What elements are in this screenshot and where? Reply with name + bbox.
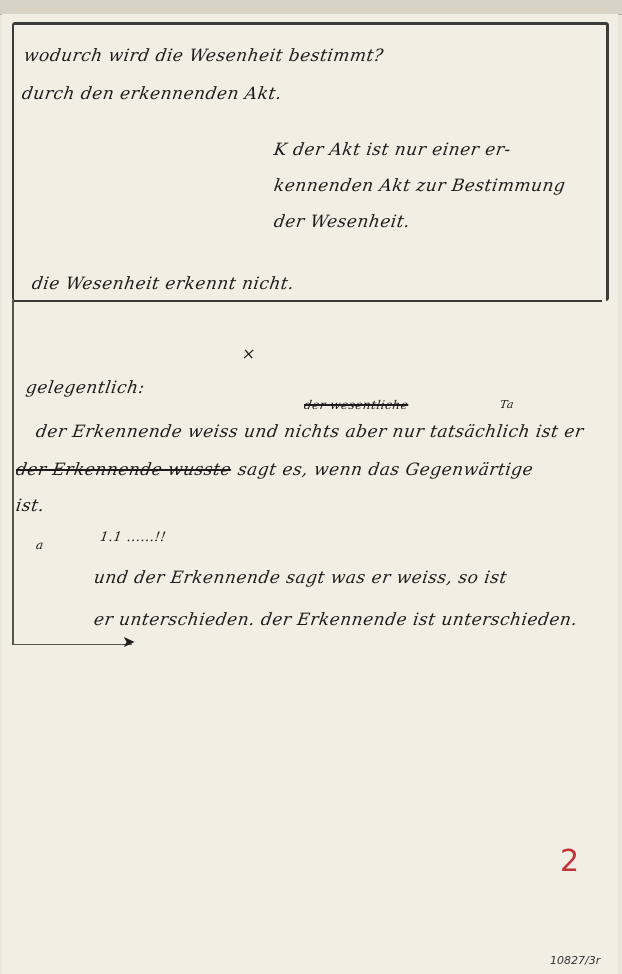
struck-line: der Erkennende wusste: [15, 460, 233, 480]
frame-line-6: die Wesenheit erkennt nicht.: [31, 274, 296, 294]
arrow-head-icon: ➤: [122, 632, 136, 651]
page-top-edge: [0, 0, 622, 15]
manuscript-page: wodurch wird die Wesenheit bestimmt? dur…: [2, 14, 618, 974]
frame-line-2: durch den erkennenden Akt.: [21, 84, 284, 104]
lower-line-4: und der Erkennende sagt was er weiss, so…: [93, 568, 509, 588]
frame-line-4: kennenden Akt zur Bestimmung: [273, 176, 567, 196]
frame-bottom-line: [12, 300, 602, 302]
lower-line-3: ist.: [15, 496, 46, 516]
insertion-dots: 1.1 ......!!: [99, 530, 167, 545]
frame-line-3: K der Akt ist nur einer er-: [273, 140, 512, 160]
margin-mark: a: [35, 538, 45, 552]
catalog-number: 10827/3r: [550, 954, 600, 967]
insertion-above: Ta: [499, 398, 515, 411]
left-bracket-line: [12, 300, 14, 644]
frame-line-5: der Wesenheit.: [273, 212, 412, 232]
struck-insertion: der wesentliche: [303, 398, 409, 412]
folio-number: 2: [560, 844, 580, 879]
arrow-line: [12, 644, 132, 645]
lower-line-5: er unterschieden. der Erkennende ist unt…: [93, 610, 579, 630]
lower-line-2: sagt es, wenn das Gegenwärtige: [237, 460, 535, 480]
frame-line-1: wodurch wird die Wesenheit bestimmt?: [23, 46, 385, 66]
lower-line-1: der Erkennende weiss und nichts aber nur…: [35, 422, 585, 442]
lower-heading: gelegentlich:: [25, 378, 147, 398]
separator-mark: ×: [241, 344, 258, 363]
